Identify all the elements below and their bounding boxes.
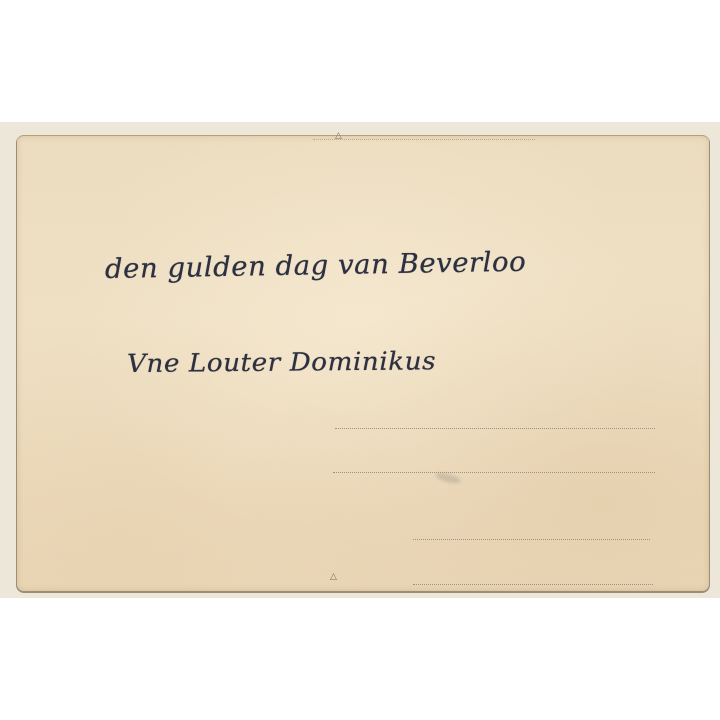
address-line-4 (413, 584, 653, 585)
postcard-back: △ den gulden dag van Beverloo Vne Louter… (17, 135, 709, 591)
triangle-mark-bottom-icon: △ (330, 573, 337, 582)
address-line-1 (335, 428, 655, 429)
address-line-3 (413, 539, 650, 540)
handwritten-message-line-2: Vne Louter Dominikus (127, 346, 436, 378)
top-edge-dotted-line (313, 139, 535, 140)
handwritten-message-line-1: den gulden dag van Beverloo (105, 247, 527, 285)
address-line-2 (333, 472, 655, 473)
